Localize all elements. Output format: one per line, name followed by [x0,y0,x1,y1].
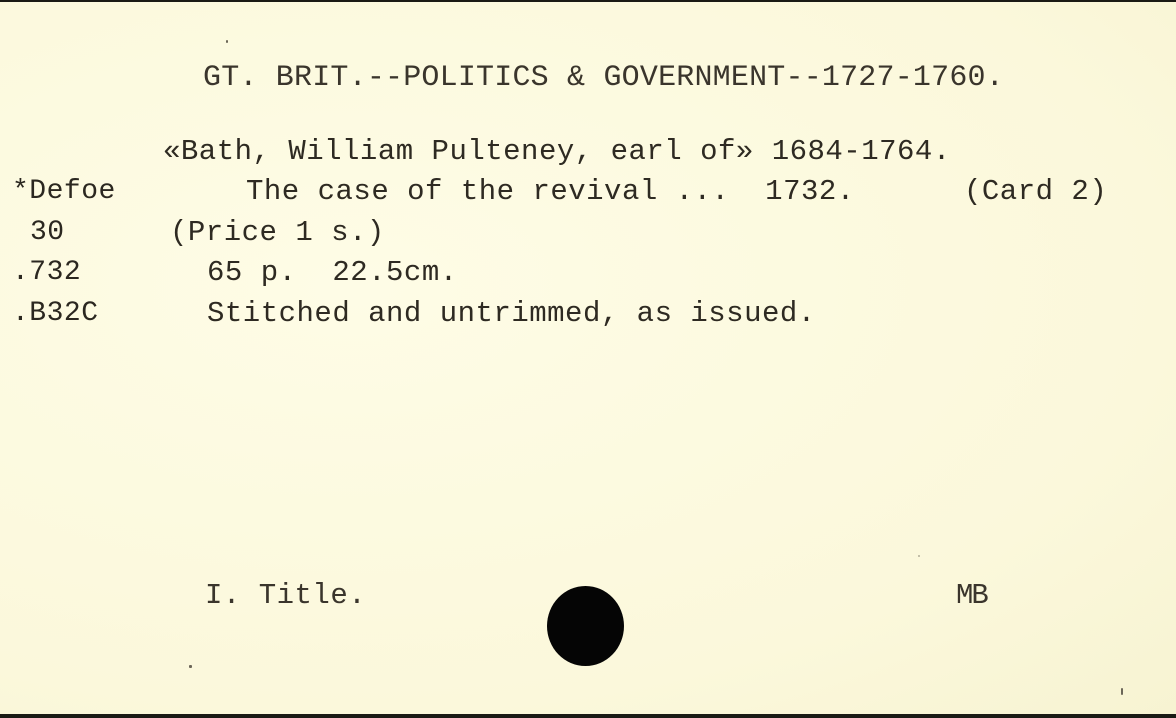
card-number: (Card 2) [964,176,1107,208]
call-number-line-2: 30 [30,217,65,249]
binding-note: Stitched and untrimmed, as issued. [207,298,816,330]
subject-heading: GT. BRIT.--POLITICS & GOVERNMENT--1727-1… [203,62,1004,94]
tracing: I. Title. [205,580,366,612]
call-number-line-1: *Defoe [12,176,116,208]
catalog-card: GT. BRIT.--POLITICS & GOVERNMENT--1727-1… [0,2,1176,714]
call-number-line-3: .732 [12,257,81,289]
paper-speck [918,555,920,557]
title-statement: The case of the revival ... 1732. [246,176,855,208]
punch-hole [547,586,624,666]
paper-speck [1121,688,1123,695]
paper-speck [226,40,228,43]
physical-description: 65 p. 22.5cm. [207,257,458,289]
price-note: (Price 1 s.) [170,217,385,249]
paper-speck [189,665,192,668]
cataloger-initials: MB [956,580,987,612]
call-number-line-4: .B32C [12,298,99,330]
author-entry: «Bath, William Pulteney, earl of» 1684-1… [163,136,951,168]
